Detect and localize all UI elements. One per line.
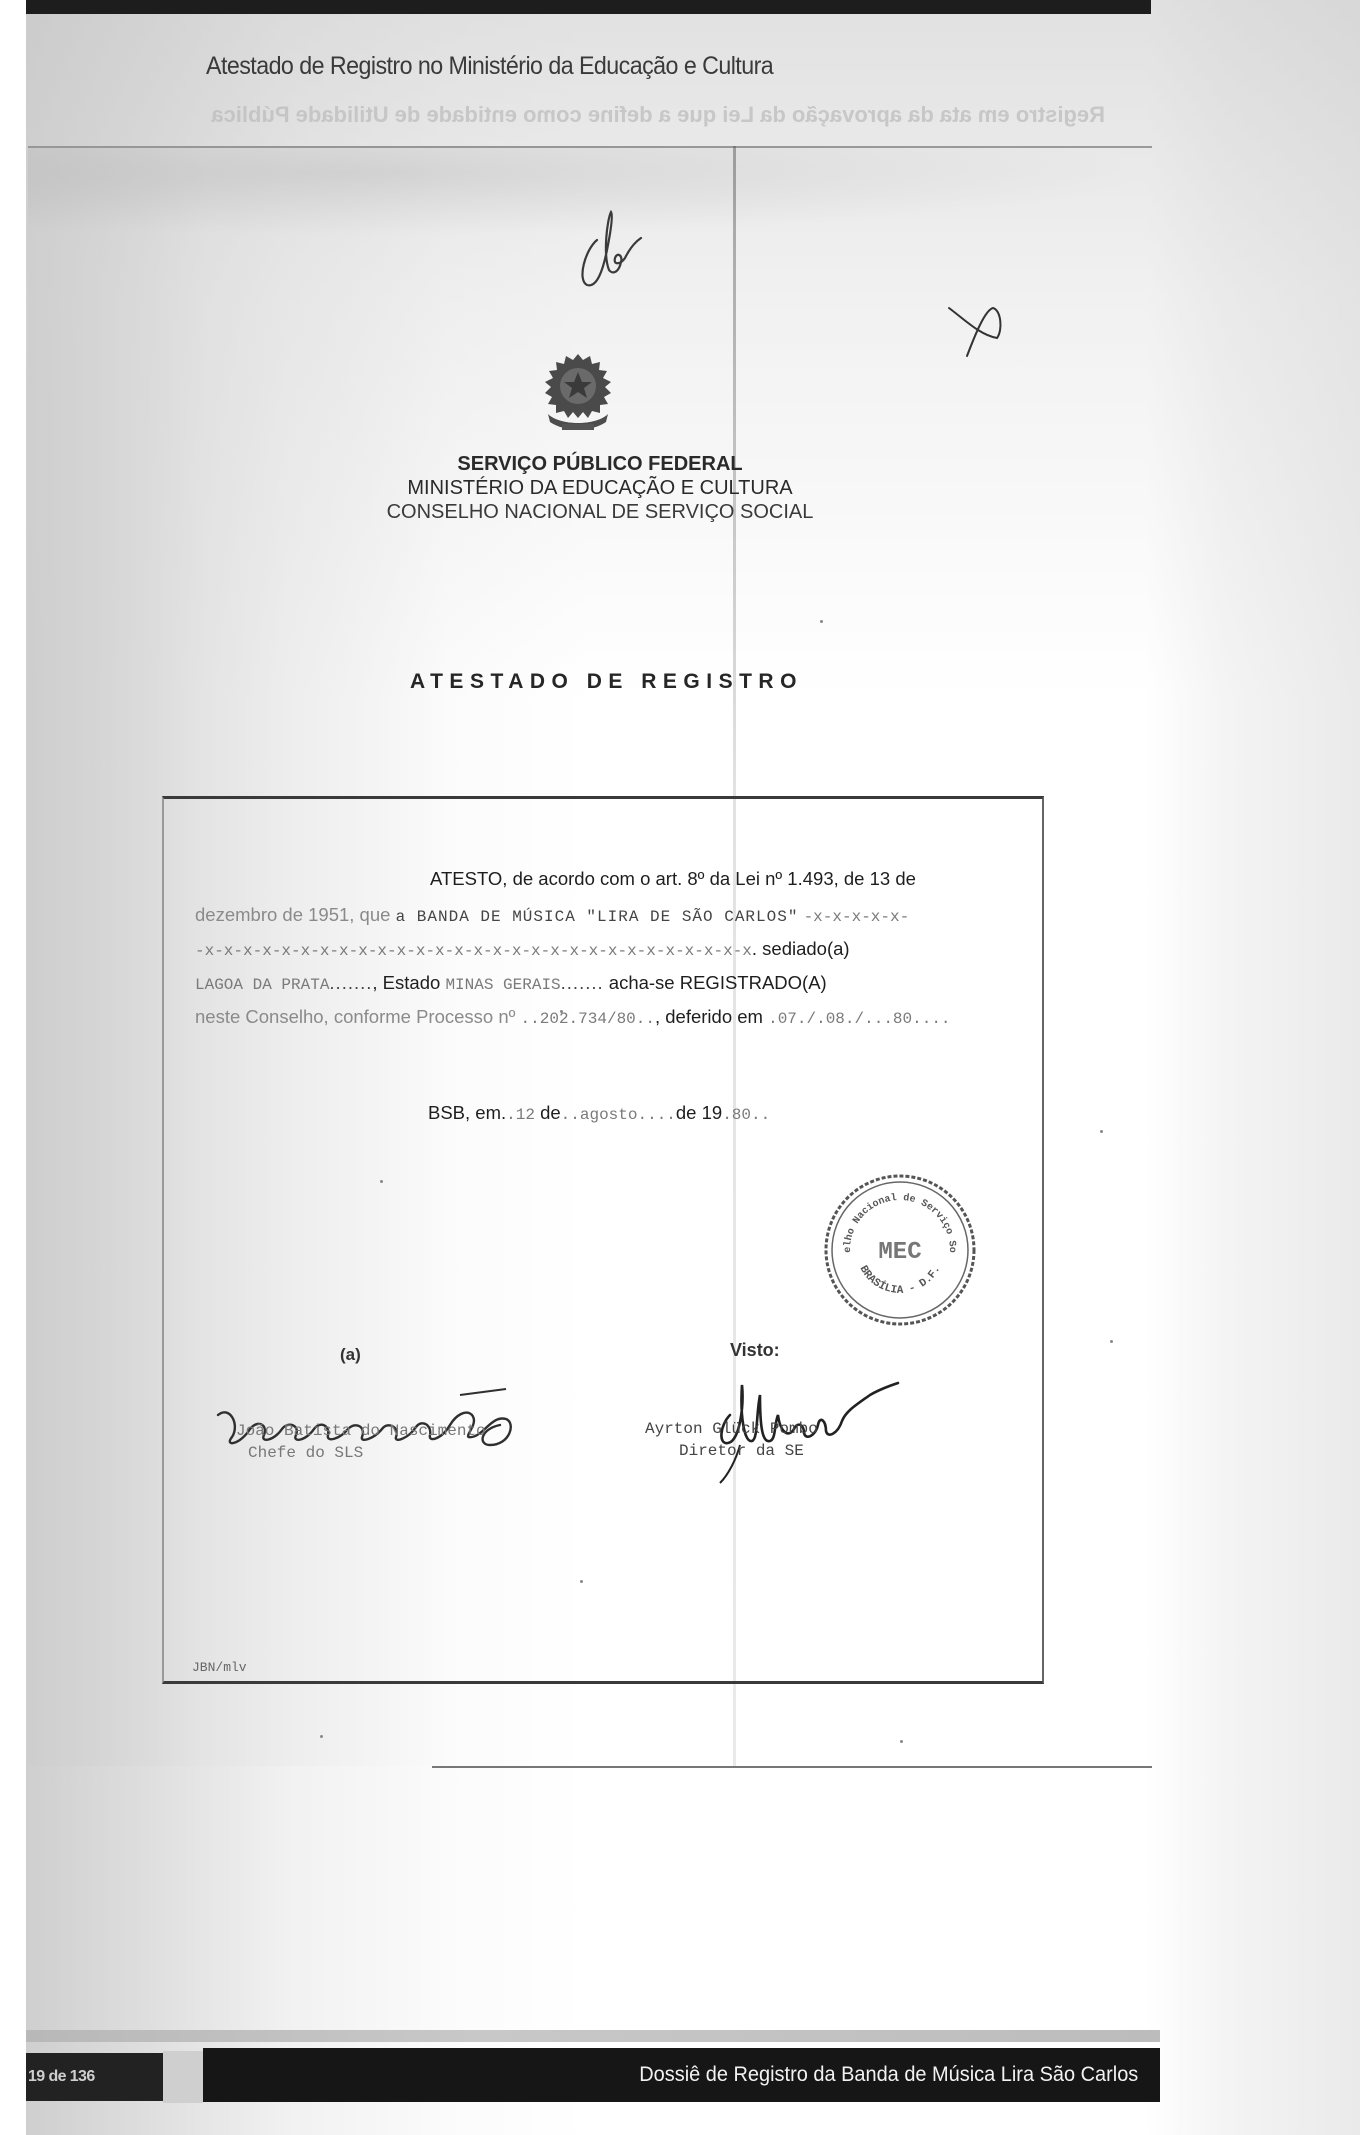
- date-day: .12: [506, 1106, 535, 1124]
- footer-separator: [163, 2051, 203, 2103]
- city-value: LAGOA DA PRATA: [195, 976, 329, 994]
- section-title: Atestado de Registro no Ministério da Ed…: [206, 52, 773, 81]
- deferido-date: .07./.08./...80....: [768, 1010, 950, 1028]
- certificate-header: SERVIÇO PÚBLICO FEDERAL MINISTÉRIO DA ED…: [0, 452, 1200, 524]
- header-bar: [26, 0, 1151, 14]
- entity-name: a BANDA DE MÚSICA "LIRA DE SÃO CARLOS": [396, 908, 799, 926]
- line2-prefix: dezembro de 1951, que: [195, 904, 390, 925]
- body-line-2: dezembro de 1951, que a BANDA DE MÚSICA …: [195, 904, 1075, 926]
- speck: [1110, 1340, 1113, 1343]
- footer-document-title: Dossiê de Registro da Banda de Música Li…: [203, 2048, 1160, 2102]
- header-line-ministry: MINISTÉRIO DA EDUCAÇÃO E CULTURA: [0, 476, 1200, 500]
- speck: [1100, 1130, 1103, 1133]
- signature-right-name: Ayrton Glück Pombo: [645, 1418, 818, 1440]
- header-line-federal-service: SERVIÇO PÚBLICO FEDERAL: [0, 452, 1200, 476]
- date-prefix: BSB, em.: [428, 1102, 506, 1123]
- date-year: .80..: [722, 1106, 770, 1124]
- filler-x-2: -x-x-x-x-x-x-x-x-x-x-x-x-x-x-x-x-x-x-x-x…: [195, 942, 752, 960]
- state-value: MINAS GERAIS: [445, 976, 560, 994]
- speck: [320, 1735, 323, 1738]
- process-number: ..202.734/80..: [521, 1010, 655, 1028]
- speck: [580, 1580, 583, 1583]
- body-line-4: LAGOA DA PRATA......., Estado MINAS GERA…: [195, 972, 1075, 994]
- footer-stripe: [26, 2030, 1160, 2042]
- handwritten-annotation-icon: [575, 200, 655, 290]
- body-line-5: neste Conselho, conforme Processo nº ..2…: [195, 1006, 1075, 1028]
- date-de-2: de 19: [676, 1102, 722, 1123]
- sediado-label: . sediado(a): [752, 938, 850, 959]
- line5-prefix: neste Conselho, conforme Processo nº: [195, 1006, 515, 1027]
- mec-seal-stamp-icon: Conselho Nacional de Serviço Social BRAS…: [820, 1170, 980, 1330]
- state-dots: .......: [561, 972, 604, 993]
- speck: [820, 620, 823, 623]
- page-indicator: 19 de 136: [26, 2053, 165, 2101]
- header-line-council: CONSELHO NACIONAL DE SERVIÇO SOCIAL: [0, 500, 1200, 524]
- registered-label: acha-se REGISTRADO(A): [609, 972, 827, 993]
- coat-of-arms-icon: [540, 352, 616, 434]
- filler-x-1: -x-x-x-x-x-: [804, 908, 910, 926]
- speck: [560, 1010, 563, 1013]
- svg-text:BRASÍLIA - D.F.: BRASÍLIA - D.F.: [857, 1264, 944, 1297]
- date-month: ..agosto....: [561, 1106, 676, 1124]
- certificate-title: ATESTADO DE REGISTRO: [410, 670, 803, 694]
- signature-left-label: (a): [340, 1345, 361, 1365]
- deferido-label: , deferido em: [655, 1006, 763, 1027]
- photocopy-bottom-edge: [432, 1766, 1152, 1768]
- body-line-3: -x-x-x-x-x-x-x-x-x-x-x-x-x-x-x-x-x-x-x-x…: [195, 938, 1075, 960]
- footer-title-text: Dossiê de Registro da Banda de Música Li…: [639, 2063, 1138, 2087]
- signature-left-block: João Batista do Nascimento Chefe do SLS: [236, 1420, 486, 1464]
- speck: [380, 1180, 383, 1183]
- date-line: BSB, em..12 de..agosto....de 19.80..: [428, 1102, 1308, 1124]
- signature-right-block: Ayrton Glück Pombo Diretor da SE: [645, 1418, 818, 1462]
- speck: [900, 1740, 903, 1743]
- bleed-through-text: Registro em ata da aprovação da Lei que …: [30, 102, 1105, 128]
- typist-initials: JBN/mlv: [192, 1660, 247, 1675]
- estado-label: , Estado: [372, 972, 440, 993]
- signature-left-name: João Batista do Nascimento: [236, 1420, 486, 1442]
- handwritten-x-mark-icon: [945, 300, 1005, 360]
- seal-bottom-text: BRASÍLIA - D.F.: [857, 1264, 944, 1297]
- seal-center-text: MEC: [878, 1239, 921, 1266]
- body-line-1: ATESTO, de acordo com o art. 8º da Lei n…: [430, 868, 1310, 890]
- signature-right-title: Diretor da SE: [645, 1440, 818, 1462]
- signature-left-title: Chefe do SLS: [236, 1442, 486, 1464]
- date-de-1: de: [540, 1102, 561, 1123]
- city-dots: .......: [329, 972, 372, 993]
